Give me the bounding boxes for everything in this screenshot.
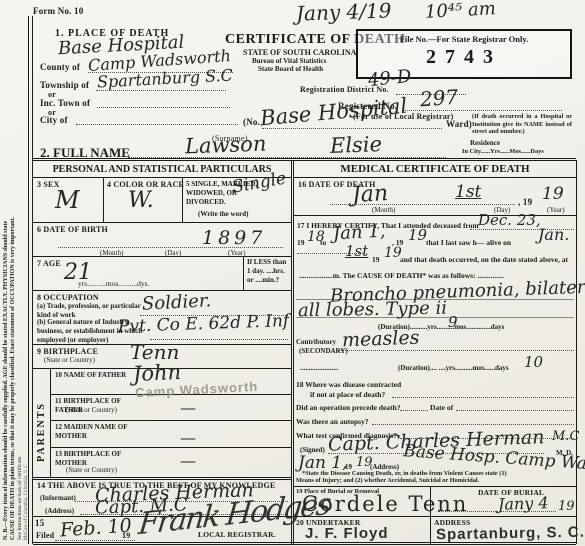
father-name-label: 10 NAME OF FATHER [55, 371, 135, 380]
date-of-dotted [456, 409, 574, 411]
dod-year-note: (Year) [547, 206, 565, 215]
cause-intro-printed: ..................m. The CAUSE OF DEATH*… [299, 271, 504, 280]
certify-occurred-printed: and that death occurred, on the date sta… [400, 255, 568, 264]
mother-birthplace-value: — [180, 453, 196, 469]
duration2-leader: ...................... [300, 364, 339, 373]
signed-corps-value: M.C [552, 430, 579, 443]
age-lessthan-divider [243, 256, 244, 290]
dob-value: 1897 [202, 229, 266, 248]
received-date-annotation: Jany 4/19 [296, 0, 392, 23]
filed-label: Filed [36, 531, 54, 541]
sex-value: M [55, 188, 80, 212]
informant-label: (Informant) [40, 494, 76, 503]
parents-divider [50, 368, 51, 477]
dod-month-note: (Month) [372, 206, 395, 215]
full-name-label: 2. FULL NAME [40, 145, 130, 161]
q18-label-line1: 18 Where was disease contracted [296, 380, 401, 389]
father-birthplace-value: — [180, 400, 196, 416]
certify-to-value: Jan 1, [333, 223, 386, 244]
file-box-label: File No.—For State Registrar Only. [358, 34, 570, 44]
q18-label-line2: if not at place of death? [310, 390, 385, 399]
hospital-note: (If death occurred in a Hospital or Inst… [472, 113, 572, 136]
burial-date-dotted [438, 510, 556, 512]
state-line: STATE OF SOUTH CAROLINA. [243, 48, 358, 57]
contributory-label: Contributory [296, 338, 336, 347]
birthplace-value: Tenn [130, 342, 179, 362]
certify-year3-printed: 19 [372, 255, 380, 264]
certify-from-value: Dec. 23, [478, 213, 541, 228]
rule-under-age [33, 290, 291, 291]
margin-note-line3: See Instructions on back of certificate. [17, 20, 24, 540]
mother-name-label: 12 MAIDEN NAME OF MOTHER [55, 423, 145, 441]
county-label: County of [40, 62, 80, 73]
margin-note-line1: N. B.—Every item of information should b… [3, 20, 10, 540]
certify-year1-printed: 19 [297, 238, 305, 247]
certify-line3-dotted [297, 252, 367, 254]
file-number-value: 2743 [358, 46, 570, 69]
informant-address-label: (Address) [45, 507, 74, 516]
certify-lastsaw-printed: that I last saw h— alive on [426, 238, 511, 247]
contributory-dotted [338, 349, 574, 351]
age-less-note: If LESS than 1 day. ....hrs. or ....min.… [247, 258, 289, 284]
registration-district-value: 49-D [367, 68, 412, 90]
autopsy-dotted [372, 423, 574, 425]
medical-title-rule [294, 177, 576, 178]
undertaker-value: J. F. Floyd [305, 525, 389, 542]
date-of-label: Date of [430, 403, 453, 412]
birthplace-note: (State or Country) [44, 356, 95, 365]
date-of-death-year-printed: , 19 [518, 197, 532, 208]
burial-date-year: 19 [558, 500, 575, 513]
filed-year-printed: 19 [122, 531, 130, 541]
form-number: Form No. 10 [33, 6, 83, 17]
dob-label: 6 DATE OF BIRTH [37, 225, 108, 235]
dod-dotted-line [330, 203, 515, 205]
father-name-value: John [132, 362, 181, 385]
marital-note: (Write the word) [198, 210, 248, 219]
bottom-frame-line [33, 542, 576, 545]
full-name-given-value: Elsie [330, 134, 383, 157]
duration2-value: 10 [524, 355, 543, 370]
mother-name-value: — [180, 430, 196, 446]
operation-dotted [400, 409, 428, 411]
father-birthplace-note: (State or Country) [66, 406, 117, 415]
rule-under-mother [50, 447, 291, 448]
secondary-label: (SECONDARY) [299, 347, 348, 356]
street-value: Base Hospital [259, 96, 408, 130]
date-of-death-year-value: 19 [542, 186, 564, 203]
full-name-surname-value: Lawson [185, 134, 267, 158]
rule-under-footnote [294, 486, 576, 487]
city-label: City of [40, 115, 68, 126]
full-name-dotted-line [128, 156, 446, 158]
occupation-a-value: Soldier. [142, 292, 212, 314]
death-certificate-scan: Form No. 10 N. B.—Every item of informat… [0, 0, 585, 546]
mother-birthplace-label: 13 BIRTHPLACE OF MOTHER [55, 450, 145, 468]
sex-race-divider [103, 177, 104, 222]
duration1-value: 9 [448, 315, 458, 330]
duration2-label: (Duration).... ....yrs..........mos.....… [398, 364, 509, 373]
operation-question: Did an operation precede death? [296, 403, 400, 412]
parents-label: PARENTS [36, 402, 47, 462]
contributory-value: measles [342, 329, 420, 351]
no-paren-label: (No. [243, 117, 260, 128]
bureau-line: Bureau of Vital Statistics [252, 57, 326, 65]
date-of-death-day-value: 1st [455, 184, 481, 201]
rule-under-row345 [33, 222, 291, 223]
received-time-annotation: 10⁴⁵ am [425, 0, 497, 22]
margin-printer-credit: McCaw of Columbia, Columbia, S. C. [24, 20, 30, 540]
margin-note: N. B.—Every item of information should b… [3, 20, 30, 540]
medical-section-title: MEDICAL CERTIFICATE OF DEATH [294, 163, 576, 175]
age-label: 7 AGE [37, 259, 61, 269]
certify-year2-value: 19 [408, 228, 427, 243]
inc-town-dotted-line [97, 106, 230, 108]
race-value: W. [128, 190, 154, 212]
city-dotted-line [76, 123, 238, 125]
age-units: yrs..........mos..........dys. [78, 279, 149, 288]
certify-lastsaw-value: Jan. [538, 227, 569, 243]
rule-under-dob [33, 256, 291, 257]
cause-of-death-line2: all lobes. Type ii [298, 300, 447, 321]
certify-to-printed: to [320, 238, 326, 247]
ward-label: Ward) [446, 119, 472, 130]
undertaker-address-value: Spartanburg, S. C. [436, 524, 585, 544]
township-value: Spartanburg S.C [97, 67, 234, 90]
residence-label: Residence [470, 139, 500, 147]
rule-under-burial [294, 516, 576, 517]
registered-no-value: 297 [419, 87, 458, 110]
rule-under-father-bp [50, 420, 291, 421]
footnote-line2: Means of Injury; and (2) whether Acciden… [296, 477, 479, 485]
autopsy-question: Was there an autopsy? [296, 417, 369, 426]
filed-number: 15 [35, 518, 44, 529]
right-frame-line [576, 160, 577, 544]
board-line: State Board of Health [258, 65, 323, 73]
q18-dotted [392, 396, 574, 398]
mother-birthplace-note: (State or Country) [66, 466, 117, 475]
residence-line: In City......Yrs......Mos......Days [462, 148, 544, 156]
occupation-b-value: Pvt. Co E. 62d P. Inf [118, 313, 290, 336]
left-frame-line-inner [32, 16, 33, 544]
street-dotted-line [262, 127, 442, 129]
local-registrar-label: LOCAL REGISTRAR. [198, 530, 276, 539]
